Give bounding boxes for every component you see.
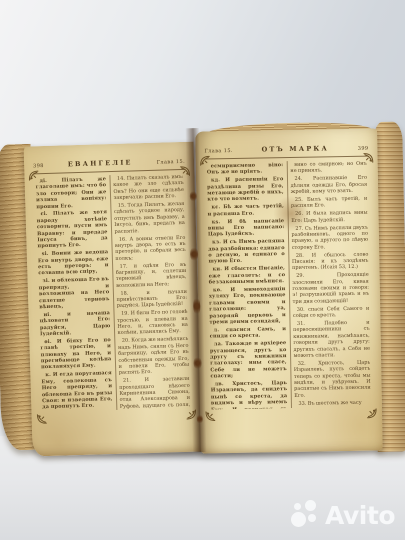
right-page: Глава 15. ОТЪ МАРКА 399 есмирнисмено він…	[195, 128, 383, 453]
verse: 32. Христосъ, Царь Израилевъ, пусть сойд…	[294, 359, 371, 399]
verse: кд. И распеншіи Его раздѣлиша ризы Его, …	[207, 176, 284, 203]
slavonic-column: есмирнисмено віно: Онъ же не пріятъ.кд. …	[204, 161, 291, 409]
verse: ді. Пілатъ же глаголаше имъ: что бо зло …	[35, 176, 106, 210]
left-page-text: ді. Пілатъ же глаголаше имъ: что бо зло …	[32, 173, 193, 412]
right-page-text: есмирнисмено віно: Онъ же не пріятъ.кд. …	[204, 160, 374, 410]
right-page-header: Глава 15. ОТЪ МАРКА 399	[204, 144, 368, 155]
corner-ornament-icon	[366, 408, 377, 419]
verse: єі. Пілатъ же хотя народу хотѣніе сотвор…	[36, 210, 108, 250]
verse: ѕі. Воини же ведоша Его внутрь двора, еж…	[38, 249, 109, 277]
verse: лв. Христосъ, Царь Израилевъ, да снидетъ…	[211, 380, 288, 409]
verse: вино со смирною; но Онъ не принялъ.	[290, 161, 367, 175]
verse: 19. И били Его по головѣ тростью, и плев…	[117, 309, 188, 337]
gutter-damage-spot	[193, 356, 201, 370]
verse: 28. И сбылось слово Писанія: и къ злодѣя…	[292, 251, 369, 272]
verse: к. И егда поругашася Ему, совлекоша съ Н…	[41, 370, 113, 410]
slavonic-column: ді. Пілатъ же глаголаше имъ: что бо зло …	[32, 175, 115, 412]
right-running-title: ОТЪ МАРКА	[262, 144, 330, 153]
verse: есмирнисмено віно: Онъ же не пріятъ.	[207, 162, 284, 176]
verse: 17. и одѣли Его въ багряницу, и, сплетши…	[116, 261, 187, 289]
verse: 14. Пилатъ сказалъ имъ: какое же зло сдѣ…	[113, 174, 184, 202]
verse: 15. Тогда Пилатъ, желая сдѣлать угодное …	[114, 201, 185, 235]
verse: кѳ. И мимоходящіи хуляху Его, покивающе …	[209, 286, 286, 326]
gutter-damage-spot	[193, 296, 200, 316]
avito-watermark-text: Avito	[325, 501, 395, 530]
gutter-damage-spot	[190, 246, 198, 262]
left-page: 398 ЕВАНГЕЛІЕ Глава 15. ді. Пілатъ же гл…	[24, 142, 203, 457]
verse: 33. Въ шестомъ же часу	[294, 399, 371, 407]
russian-column: 14. Пилатъ сказалъ имъ: какое же зло сдѣ…	[109, 173, 193, 410]
left-page-header: 398 ЕВАНГЕЛІЕ Глава 15.	[33, 157, 185, 170]
avito-logo-icon	[291, 500, 322, 531]
header-rule	[205, 156, 369, 160]
verse: кѕ. И бѣ написаніе вины Его написано: Ца…	[208, 218, 285, 239]
verse: 29. Проходящіе злословили Его, кивая гол…	[292, 272, 369, 305]
verse: 27. Съ Нимъ распяли двухъ разбойниковъ, …	[291, 224, 368, 251]
verse: 31. Подобно и первосвященники съ книжник…	[293, 320, 370, 360]
verse: 25. Былъ часъ третій, и распяли Его.	[291, 196, 368, 210]
verse: 24. Распинавшіе Его дѣлили одежды Его, б…	[290, 175, 367, 196]
left-running-title: ЕВАНГЕЛІЕ	[68, 158, 133, 168]
open-book: 398 ЕВАНГЕЛІЕ Глава 15. ді. Пілатъ же гл…	[0, 123, 405, 464]
verse: ѳі. И біяху Его по главѣ тростію, и плюв…	[40, 337, 111, 371]
verse: ка. И задѣша мимоходящу нѣкоему Сімону К…	[42, 410, 114, 412]
verse: 26. И была надпись вины Его: Царь Іудейс…	[291, 210, 368, 224]
corner-ornament-icon	[205, 410, 216, 421]
gutter-damage-spot	[190, 190, 197, 202]
verse: 21. И заставили проходящаго нѣкоего Кири…	[119, 376, 191, 410]
verse: ла. Такожде и архіерее ругающеся, другъ …	[210, 340, 287, 380]
verse: кє. Бѣ же часъ третій, и распяша Его.	[207, 203, 284, 217]
left-chapter-label: Глава 15.	[157, 159, 186, 166]
verse: зі. и облекоша Его въ препряду, и возлож…	[38, 277, 109, 311]
corner-ornament-icon	[36, 413, 47, 424]
verse: кз. И съ Нимъ распяша два разбойника: ед…	[208, 238, 285, 265]
book-photo: 398 ЕВАНГЕЛІЕ Глава 15. ді. Пілатъ же гл…	[0, 0, 405, 540]
verse: 20. Когда же насмѣялись надъ Нимъ, сняли…	[118, 336, 190, 376]
verse: 16. А воины отвели Его внутрь двора, то …	[115, 234, 186, 262]
verse: иі. и начаша цѣловати Его: радуйся, Царю…	[39, 310, 110, 338]
left-page-number: 398	[33, 163, 44, 169]
verse: ки. И сбыстся Писаніе, еже глаголетъ: и …	[209, 265, 286, 286]
right-page-number: 399	[358, 146, 369, 152]
avito-watermark: Avito	[291, 500, 395, 531]
verse: л. спасися Самъ, и сниди со креста.	[210, 326, 287, 340]
russian-column: вино со смирною; но Онъ не принялъ.24. Р…	[286, 160, 374, 408]
verse: 30. спаси Себя Самого и сойди со креста.	[293, 305, 370, 319]
right-chapter-label: Глава 15.	[204, 148, 233, 154]
verse: 18. и начали привѣтствовать Его: радуйся…	[116, 288, 187, 309]
gutter-damage-spot	[197, 414, 203, 424]
